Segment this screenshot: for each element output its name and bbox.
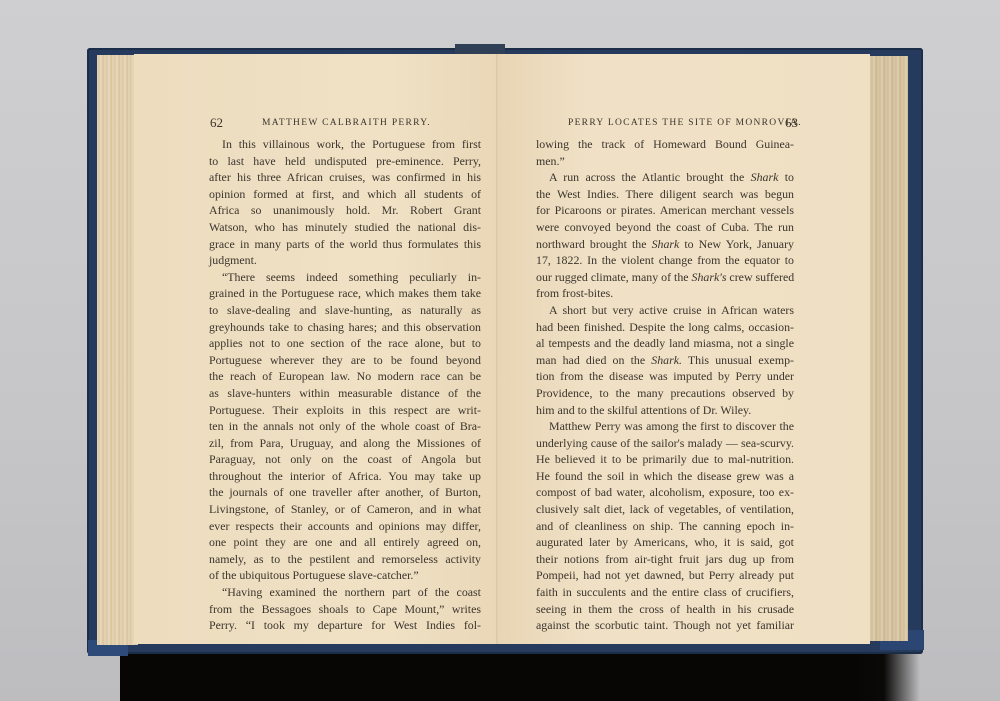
text-line: the journals of one traveller after anot…: [209, 484, 481, 501]
text-line: Perry. “I took my departure for West Ind…: [209, 617, 481, 634]
text-line: Portuguese wherever they are to be found…: [209, 352, 481, 369]
text-line: ever respects their accounts and opinion…: [209, 518, 481, 535]
text-run: A run across the Atlantic brought the: [549, 170, 751, 184]
text-line: after his three African cruises, was con…: [209, 169, 481, 186]
text-run: to: [778, 170, 794, 184]
text-line: our rugged climate, many of the Shark's …: [536, 269, 794, 286]
book-spine-top: [455, 44, 505, 54]
text-run: Matthew Perry was among the first to dis…: [549, 419, 794, 433]
text-run: their notions from air-tight fruit jars …: [536, 552, 794, 566]
text-run: were convoyed beyond the coast of Cuba. …: [536, 220, 794, 234]
text-line: the reach of European law. No modern rac…: [209, 368, 481, 385]
page-number: 62: [210, 115, 223, 131]
text-run: tion from the disease was imputed by Per…: [536, 369, 794, 383]
italic-ship-name: Shark: [751, 170, 779, 184]
text-run: against the scorbutic taint. Though not …: [536, 618, 794, 632]
text-line: clusively salt diet, lack of vegetables,…: [536, 501, 794, 518]
text-line: as slave-hunters within measurable dista…: [209, 385, 481, 402]
text-line: zil, from Para, Uruguay, and along the M…: [209, 435, 481, 452]
body-text: In this villainous work, the Portuguese …: [209, 136, 481, 634]
text-line: to slave-dealing and slave-hunting, as n…: [209, 302, 481, 319]
text-line: Providence, to the many precautions obse…: [536, 385, 794, 402]
text-run: He found the soil in which the disease g…: [536, 469, 794, 483]
text-line: Matthew Perry was among the first to dis…: [536, 418, 794, 435]
text-line: underlying cause of the sailor's malady …: [536, 435, 794, 452]
text-run: man had died on the: [536, 353, 651, 367]
text-run: crew suffered: [726, 270, 794, 284]
text-line: Watson, who has minutely studied the nat…: [209, 219, 481, 236]
text-line: A short but very active cruise in Africa…: [536, 302, 794, 319]
italic-ship-name: Shark.: [651, 353, 682, 367]
text-run: faith in succulents and the entire class…: [536, 585, 794, 599]
text-line: In this villainous work, the Portuguese …: [209, 136, 481, 153]
text-run: and of cleanliness on ship. The canning …: [536, 519, 794, 533]
text-line: compost of bad water, alcoholism, exposu…: [536, 484, 794, 501]
text-line: Livingstone, of Stanley, or of Cameron, …: [209, 501, 481, 518]
left-page: 62 MATTHEW CALBRAITH PERRY. In this vill…: [134, 54, 498, 644]
text-line: northward brought the Shark to New York,…: [536, 236, 794, 253]
page-edges-left: [97, 55, 138, 645]
text-line: man had died on the Shark. This unusual …: [536, 352, 794, 369]
text-run: augurated later by Americans, who, it is…: [536, 535, 794, 549]
text-run: men.”: [536, 154, 565, 168]
text-run: Providence, to the many precautions obse…: [536, 386, 794, 400]
text-line: “Having examined the northern part of th…: [209, 584, 481, 601]
text-line: Paraguay, not only on the coast of Angol…: [209, 451, 481, 468]
text-line: A run across the Atlantic brought the Sh…: [536, 169, 794, 186]
italic-ship-name: Shark's: [692, 270, 727, 284]
text-line: their notions from air-tight fruit jars …: [536, 551, 794, 568]
text-line: tion from the disease was imputed by Per…: [536, 368, 794, 385]
text-line: men.”: [536, 153, 794, 170]
text-run: al tempests and the deadly land miasma, …: [536, 336, 794, 350]
text-run: clusively salt diet, lack of vegetables,…: [536, 502, 794, 516]
text-run: underlying cause of the sailor's malady …: [536, 436, 794, 450]
text-line: seeing in them the cross of health in hi…: [536, 601, 794, 618]
page-edges-right: [870, 56, 908, 641]
text-run: Pompeii, had not yet dawned, but Perry a…: [536, 568, 794, 582]
text-run: A short but very active cruise in Africa…: [549, 303, 794, 317]
text-line: Portuguese. Their exploits in this respe…: [209, 402, 481, 419]
text-line: grained in the Portuguese race, which ma…: [209, 285, 481, 302]
text-run: the West Indies. There diligent search w…: [536, 187, 794, 201]
running-head: MATTHEW CALBRAITH PERRY.: [262, 118, 431, 128]
text-run: for Picaroons or pirates. American merch…: [536, 203, 794, 217]
text-line: the West Indies. There diligent search w…: [536, 186, 794, 203]
text-run: had been finished. Despite the long calm…: [536, 320, 794, 334]
text-line: faith in succulents and the entire class…: [536, 584, 794, 601]
text-run: northward brought the: [536, 237, 652, 251]
text-line: to last have held undisputed pre-eminenc…: [209, 153, 481, 170]
running-head: PERRY LOCATES THE SITE OF MONROVIA.: [568, 118, 802, 128]
text-line: against the scorbutic taint. Though not …: [536, 617, 794, 634]
text-line: and of cleanliness on ship. The canning …: [536, 518, 794, 535]
text-line: one point they are one and all entirely …: [209, 534, 481, 551]
text-run: him and to the skilful attentions of Dr.…: [536, 403, 751, 417]
text-line: from frost-bites.: [536, 285, 794, 302]
text-line: of the ubiquitous Portuguese slave-catch…: [209, 567, 481, 584]
text-run: to New York, January: [679, 237, 794, 251]
text-line: grace in many parts of the world thus fo…: [209, 236, 481, 253]
text-line: judgment.: [209, 252, 481, 269]
page-number: 63: [785, 115, 798, 131]
text-line: He believed it to be primarily due to ma…: [536, 451, 794, 468]
text-run: lowing the track of Homeward Bound Guine…: [536, 137, 794, 151]
text-line: applies not to one section of the race a…: [209, 335, 481, 352]
italic-ship-name: Shark: [652, 237, 680, 251]
text-line: opinion formed at first, and which all s…: [209, 186, 481, 203]
text-line: “There seems indeed something peculiarly…: [209, 269, 481, 286]
text-line: throughout the interior of Africa. You m…: [209, 468, 481, 485]
text-run: He believed it to be primarily due to ma…: [536, 452, 794, 466]
text-line: Africa so unanimously hold. Mr. Robert G…: [209, 202, 481, 219]
text-line: had been finished. Despite the long calm…: [536, 319, 794, 336]
text-line: lowing the track of Homeward Bound Guine…: [536, 136, 794, 153]
body-text: lowing the track of Homeward Bound Guine…: [536, 136, 794, 634]
text-line: greyhounds take to chasing hares; and th…: [209, 319, 481, 336]
text-run: compost of bad water, alcoholism, exposu…: [536, 485, 794, 499]
text-line: from the Bessagoes shoals to Cape Mount,…: [209, 601, 481, 618]
text-run: from frost-bites.: [536, 286, 613, 300]
text-line: He found the soil in which the disease g…: [536, 468, 794, 485]
text-line: augurated later by Americans, who, it is…: [536, 534, 794, 551]
text-line: him and to the skilful attentions of Dr.…: [536, 402, 794, 419]
text-run: our rugged climate, many of the: [536, 270, 692, 284]
text-run: 17, 1822. In the violent change from the…: [536, 253, 794, 267]
right-page: PERRY LOCATES THE SITE OF MONROVIA. 63 l…: [498, 54, 870, 644]
text-line: Pompeii, had not yet dawned, but Perry a…: [536, 567, 794, 584]
text-line: were convoyed beyond the coast of Cuba. …: [536, 219, 794, 236]
text-line: ten in the annals not only of the whole …: [209, 418, 481, 435]
text-run: seeing in them the cross of health in hi…: [536, 602, 794, 616]
text-line: al tempests and the deadly land miasma, …: [536, 335, 794, 352]
text-line: 17, 1822. In the violent change from the…: [536, 252, 794, 269]
text-run: This unusual exemp-: [682, 353, 794, 367]
text-line: namely, as to the pestilent and remorsel…: [209, 551, 481, 568]
text-line: for Picaroons or pirates. American merch…: [536, 202, 794, 219]
